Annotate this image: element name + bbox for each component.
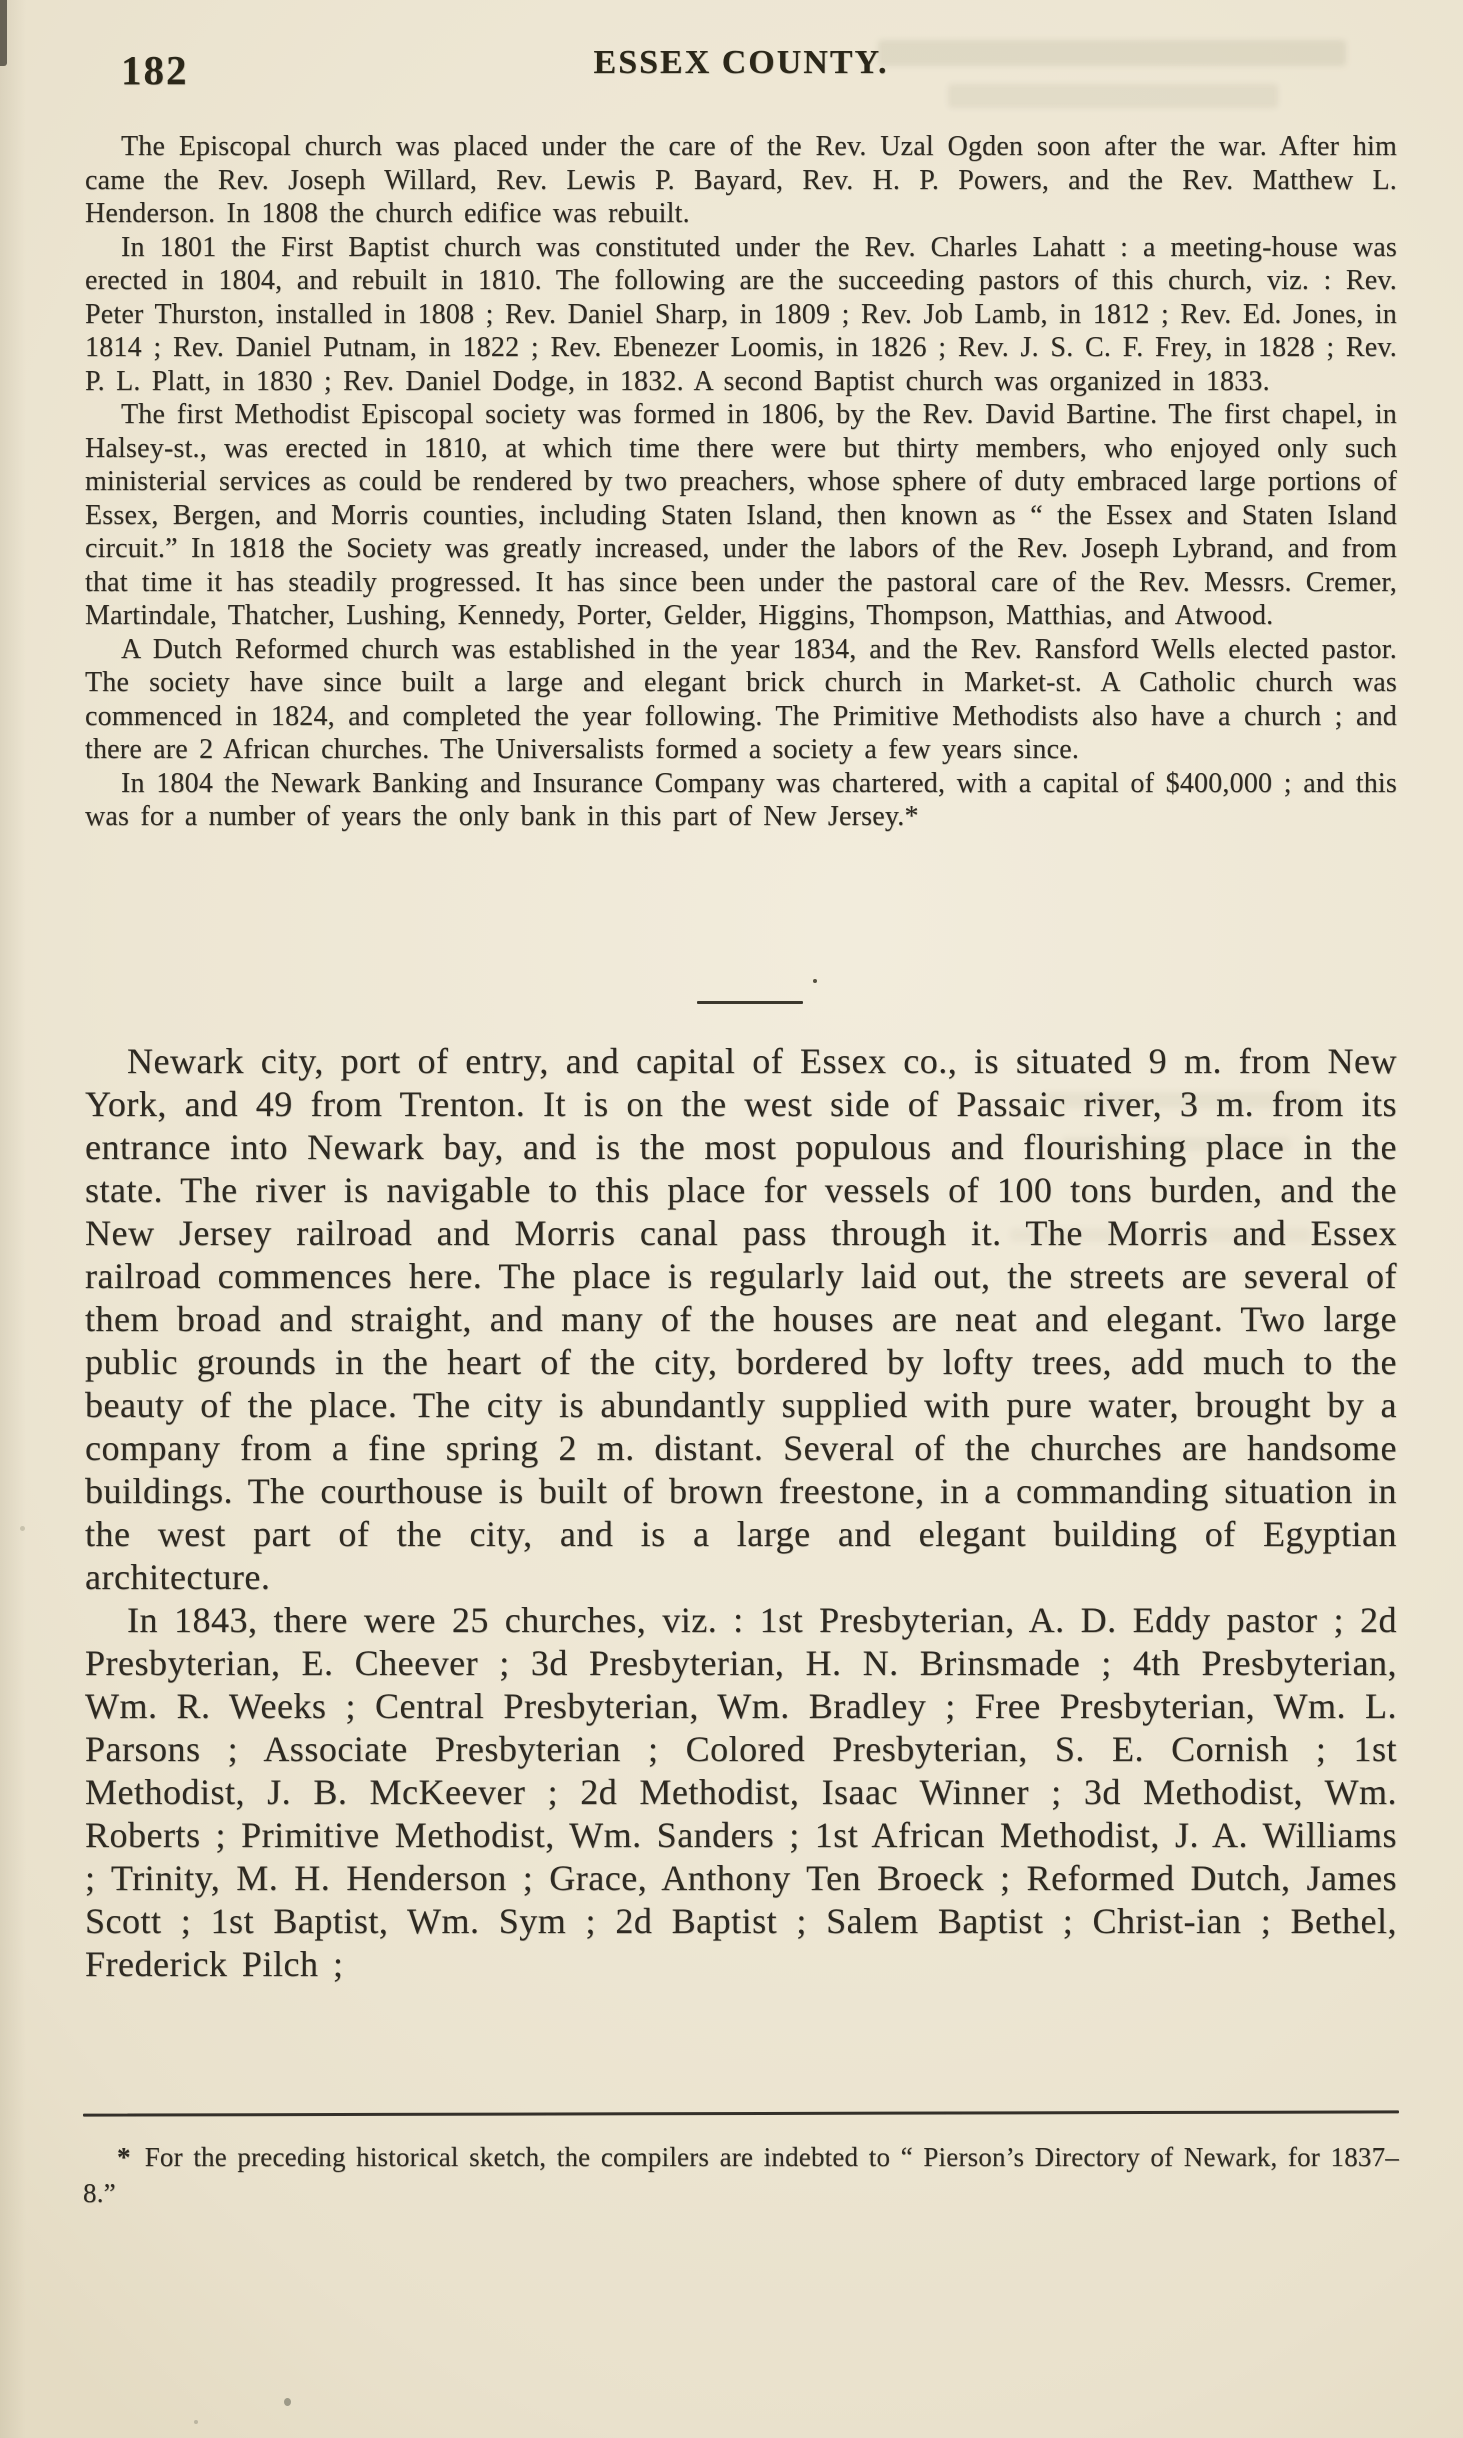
paper-speck (20, 1526, 25, 1531)
footnote-text: For the preceding historical sketch, the… (83, 2142, 1399, 2208)
paragraph-first-baptist-church: In 1801 the First Baptist church was con… (85, 231, 1397, 399)
paper-speck (284, 2398, 291, 2406)
footnote-marker: * (117, 2142, 131, 2172)
newark-description-section: Newark city, port of entry, and capital … (85, 1040, 1397, 1986)
book-page: 182 ESSEX COUNTY. The Episcopal church w… (0, 0, 1463, 2438)
footnote: *For the preceding historical sketch, th… (83, 2112, 1399, 2211)
page-edge-mark (0, 0, 7, 66)
paragraph-churches-list-1843: In 1843, there were 25 churches, viz. : … (85, 1599, 1397, 1986)
history-section: The Episcopal church was placed under th… (85, 130, 1397, 834)
paragraph-methodist-episcopal-society: The first Methodist Episcopal society wa… (85, 398, 1397, 633)
running-head: ESSEX COUNTY. (85, 44, 1397, 82)
footnote-paragraph: *For the preceding historical sketch, th… (83, 2139, 1399, 2211)
show-through-smudge (948, 84, 1278, 108)
paragraph-dutch-reformed-church: A Dutch Reformed church was established … (85, 633, 1397, 767)
paragraph-episcopal-church: The Episcopal church was placed under th… (85, 130, 1397, 231)
footnote-rule (83, 2110, 1399, 2116)
paper-speck (194, 2420, 198, 2424)
paragraph-newark-banking-company: In 1804 the Newark Banking and Insurance… (85, 767, 1397, 834)
paragraph-newark-city-description: Newark city, port of entry, and capital … (85, 1040, 1397, 1599)
section-divider-rule (697, 1001, 803, 1004)
